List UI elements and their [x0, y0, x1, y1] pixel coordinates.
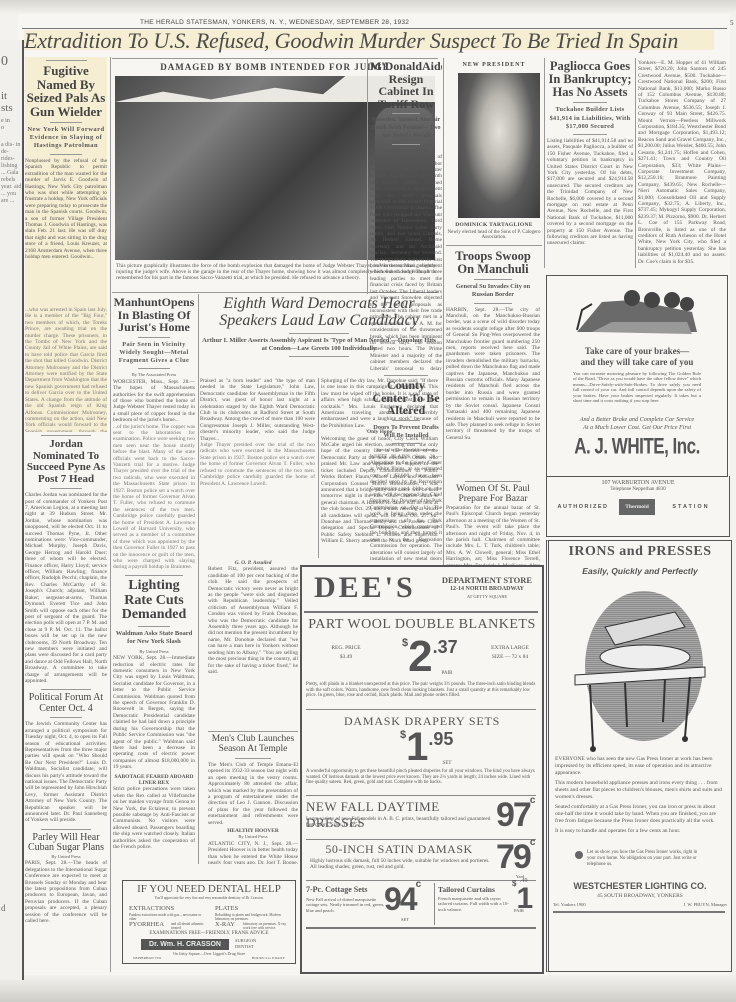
subhead: Tuckahoe Builder Lists $41,914 in Liabil… — [547, 106, 633, 131]
store-address: 12-14 NORTH BROADWAY — [432, 586, 542, 592]
extractions-desc: Painless extractions made with gas—novoc… — [129, 913, 209, 921]
ad-rule — [306, 709, 536, 710]
subhead: New York Will Forward Evidence in Slayin… — [25, 126, 107, 151]
ad-rule — [434, 883, 435, 925]
ad-headline: and they will take care of you — [551, 357, 723, 367]
ad-rule — [306, 927, 536, 929]
ad-address: 107 WARBURTON AVENUE — [547, 480, 729, 486]
article-body: LONDON, Sept. 28.—Three of the important… — [370, 154, 442, 370]
ad-dental-help[interactable]: IF YOU NEED DENTAL HELP You'll appreciat… — [122, 880, 296, 964]
price-big: 79 — [496, 838, 530, 876]
ad-paragraph: It is easy to handle and operates for a … — [555, 828, 725, 835]
strip-text: it — [0, 90, 22, 102]
price-cents: c — [416, 879, 422, 890]
ad-manager: J. W. PRUYN, Manager — [684, 902, 728, 907]
price-big: 94 — [384, 881, 416, 917]
pyorrhea-desc: and all dental ailments treated — [171, 922, 211, 930]
headline: Jordan Nominated To Succeed Pyne As Post… — [25, 439, 107, 485]
headline: M'DonaldAides Resign Cabinet In Tariff R… — [370, 60, 442, 110]
headline: ManhuntOpens In Blasting Of Jurist's Hom… — [113, 296, 195, 334]
article-body: The Men's Club of Temple Emanu-El opened… — [208, 762, 298, 826]
article-body: Nonplussed by the refusal of the Spanish… — [25, 158, 107, 261]
article-troops: Troops Swoop On Manchuli General Su Inva… — [446, 250, 540, 475]
article-pagliocca: Pagliocca Goes In Bankruptcy; Has No Ass… — [547, 60, 633, 270]
article-body: ATLANTIC CITY, N. J., Sept. 28.—Presiden… — [208, 841, 298, 864]
ad-paragraph: EVERYONE who has seen the new Gas Press … — [555, 756, 725, 777]
strip-text: d — [0, 905, 22, 912]
column-manhunt: ManhuntOpens In Blasting Of Jurist's Hom… — [113, 296, 195, 972]
item-desc: New Fall arrival of dotted marquisette c… — [306, 897, 384, 913]
ad-paragraph: Seated comfortably at a Gas Press Ironer… — [555, 804, 725, 825]
ad-dees-department-store[interactable]: DEE'S DEPARTMENT STORE 12-14 NORTH BROAD… — [300, 565, 544, 974]
extractions-label: EXTRACTIONS — [129, 905, 174, 912]
store-name: DEPARTMENT STORE — [432, 575, 542, 585]
ad-paragraph: This modern household appliance presses … — [555, 780, 725, 801]
ad-intro: You'll appreciate the very fine and very… — [153, 896, 265, 900]
bullet-icon — [575, 851, 583, 859]
ad-body: EVERYONE who has seen the new Gas Press … — [555, 756, 725, 838]
column-rule — [635, 58, 636, 268]
station-label: STATION — [661, 504, 721, 510]
dentist-phone: NEPPERHAN 7331 — [133, 956, 162, 960]
article-body: Praised as "a born leader" and "the type… — [200, 378, 315, 442]
article-body: Listing liabilities of $41,914.58 and no… — [547, 138, 633, 247]
item-title: Tailored Curtains — [438, 885, 518, 894]
president-portrait — [458, 73, 540, 218]
ad-tagline: At a Much Lower Cost. Get Our Price Firs… — [551, 424, 723, 431]
column-left-lower: Jordan Nominated To Succeed Pyne As Post… — [25, 432, 107, 972]
ad-tagline: And a Better Brake and Complete Car Serv… — [551, 416, 723, 423]
article-body: The Jewish Community Center has arranged… — [25, 721, 107, 824]
article-mcdonald: M'DonaldAides Resign Cabinet In Tariff R… — [370, 60, 442, 370]
article-body: Preparation for the annual bazar of St. … — [446, 505, 540, 566]
price-cents: .95 — [428, 729, 453, 749]
box-rule — [112, 58, 438, 59]
masthead: THE HERALD STATESMAN, YONKERS, N. Y., WE… — [140, 19, 409, 26]
ad-company: A. J. WHITE, Inc. — [551, 434, 723, 460]
price-big: 1 — [406, 725, 428, 769]
ad-phone: Telephone Nepperhan 4830 — [547, 487, 729, 492]
byline: Special to The Herald Statesman — [370, 447, 442, 453]
article-body: WHITE PLAINS, Sept. 28.—Alterations to t… — [370, 454, 442, 562]
scan-edge-top — [0, 0, 736, 14]
dees-logo: DEE'S — [314, 571, 416, 605]
ad-rule — [553, 911, 725, 913]
headline: Parley Will Hear Cuban Sugar Plans — [25, 833, 107, 854]
size: SIZE — 72 x 84 — [478, 654, 542, 660]
xray-label: X-RAY — [215, 921, 235, 928]
adjacent-page-strip: 0 it sts e in o a dis- in de- rides- lis… — [0, 40, 24, 980]
subhead: Doors To Prevent Drafts Will Be Installe… — [370, 424, 442, 440]
strip-text: e in — [0, 118, 22, 125]
strip-text: o — [0, 125, 22, 132]
item-desc: A wonderful opportunity to get these bea… — [306, 769, 536, 786]
subhead: General Su Invades City on Russian Borde… — [446, 283, 540, 299]
article-body: NEW YORK, Sept. 28.—Immediate reduction … — [113, 655, 195, 770]
dentist-name: Dr. Wm. H. CRASSON — [141, 939, 229, 950]
ad-body: You can increase motoring pleasure by fo… — [573, 371, 701, 403]
plates-label: PLATES — [215, 905, 238, 912]
item-desc: Large variety of new Fall models in A. B… — [306, 816, 492, 829]
price-unit: SET — [432, 761, 462, 766]
price-cottage: 94c — [384, 879, 434, 919]
authorized-label: AUTHORIZED — [553, 504, 613, 510]
press-ironer-illustration-icon — [585, 591, 703, 741]
ad-phone: Tel. Yonkers 1900 — [553, 902, 586, 907]
ad-callout: Let us show you how the Gas Press Ironer… — [587, 850, 699, 868]
article-body: Strict police precautions were taken whe… — [113, 786, 195, 850]
article-body: WORCESTER, Mass., Sept. 28.—The hopes of… — [113, 379, 195, 424]
headline: Pagliocca Goes In Bankruptcy; Has No Ass… — [547, 60, 633, 99]
reg-price-label: REG. PRICE — [316, 645, 376, 651]
price-cents: .37 — [433, 637, 458, 657]
ad-headline: IRONS and PRESSES — [549, 544, 731, 560]
item-desc: Pretty, soft plaids in a blanket unexpec… — [306, 682, 536, 699]
article-body: HARBIN, Sept. 28.—The city of Manchuli, … — [446, 307, 540, 442]
store-location: AT GETTY SQUARE — [432, 594, 542, 599]
headline: Troops Swoop On Manchuli — [446, 250, 540, 276]
article-county-center: County Center To Be Altered Doors To Pre… — [370, 372, 442, 562]
dentist-title: DENTIST — [235, 944, 254, 949]
headline: Fugitive Named By Seized Pals As Gun Wie… — [25, 64, 107, 119]
article-mens-club: Men's Club Launches Season At Temple The… — [208, 728, 298, 864]
column-rule — [110, 57, 111, 972]
price-unit: SET — [390, 917, 420, 922]
portrait-name: DOMINICK TARTAGLIONE — [446, 222, 542, 228]
column-rule — [443, 58, 444, 568]
ad-rule — [304, 611, 538, 613]
box-rule — [446, 245, 542, 246]
curtains-price-unit: PAIR — [514, 908, 524, 913]
price-cents: c — [530, 837, 536, 848]
headline: County Center To Be Altered — [370, 379, 442, 417]
dentist-title: SURGEON — [235, 938, 256, 943]
reg-price: $3.49 — [316, 654, 376, 660]
article-pagliocca-creditors: Yonkers—E. M. Hopper of 41 William Stree… — [638, 60, 726, 270]
price-unit: PAIR — [427, 671, 467, 676]
column-rule — [198, 294, 199, 864]
ad-aj-white[interactable]: Take care of your brakes— and they will … — [546, 275, 728, 477]
article-body: Charles Jordan was nominated for the pos… — [25, 492, 107, 684]
item-desc: French marquisette and silk rayon tailor… — [438, 896, 514, 912]
headline: Men's Club Launches Season At Temple — [208, 735, 298, 755]
article-fugitive: Fugitive Named By Seized Pals As Gun Wie… — [25, 57, 107, 307]
item-title: PART WOOL DOUBLE BLANKETS — [302, 617, 542, 633]
page-number: 5 — [730, 19, 734, 27]
subhead: Waldman Asks State Board for New York Sl… — [113, 630, 195, 647]
ad-address: 45 SOUTH BROADWAY, YONKERS — [549, 893, 731, 899]
strip-text: 0 — [0, 54, 22, 70]
ad-company: WESTCHESTER LIGHTING CO. — [549, 881, 731, 891]
article-body: PARIS, Sept. 28.—The heads of delegation… — [25, 860, 107, 924]
dentist-hours: HOURS: 9 to 8 DAILY — [252, 956, 285, 960]
scan-edge-bottom — [0, 975, 736, 1002]
price-cents: c — [530, 795, 536, 806]
item-title: 7-Pc. Cottage Sets — [306, 885, 386, 894]
article-body: Robert Fitz, president, assured the cand… — [208, 566, 298, 675]
article-body: Yonkers—E. M. Hopper of 41 William Stree… — [638, 60, 726, 265]
article-women-st-paul: Women Of St. Paul Prepare For Bazar Prep… — [446, 478, 540, 566]
price-big: 97 — [496, 796, 530, 834]
ad-headline: IF YOU NEED DENTAL HELP — [123, 883, 295, 895]
headline: Women Of St. Paul Prepare For Bazar — [446, 485, 540, 505]
xray-desc: laboratory on premises. X-ray work free … — [243, 922, 291, 930]
ad-aj-white-footer: 107 WARBURTON AVENUE Telephone Nepperhan… — [546, 476, 730, 537]
item-desc: Highly lustrous silk damask, full 50 inc… — [310, 858, 496, 871]
plates-desc: Rebuilding to plates and bridgework. Mod… — [215, 913, 291, 921]
price-curtains: $1 — [512, 879, 552, 919]
ad-irons-presses[interactable]: IRONS and PRESSES Easily, Quickly and Pe… — [546, 540, 732, 972]
subhead: Snowden, Samuel, Sinclair Break With Pre… — [370, 117, 442, 140]
article-fugitive-continued: ...who was arrested in Spain last July. … — [25, 307, 107, 432]
car-illustration-icon — [572, 282, 702, 344]
article-eighth-ward-gop: G. O. P. Assailed Robert Fitz, president… — [208, 560, 298, 730]
price-satin: 79c — [496, 837, 540, 877]
banner-headline: Extradition To U.S. Refused, Goodwin Mur… — [24, 30, 714, 50]
curtains-price-cents: .49 — [520, 878, 528, 884]
column-rule — [318, 378, 319, 558]
photo-box-title: NEW PRESIDENT — [446, 62, 542, 68]
price-dresses: 97c — [496, 795, 540, 835]
section-head: SABOTAGE FEARED ABOARD LINER REX — [113, 774, 195, 787]
subhead: Pair Seen in Vicinity Widely Sought—Meta… — [113, 341, 195, 366]
ad-headline: Take care of your brakes— — [551, 346, 723, 356]
item-title: 50-INCH SATIN DAMASK — [302, 842, 496, 857]
strip-text: sts — [0, 102, 22, 114]
column-rule — [544, 58, 545, 268]
headline: Lighting Rate Cuts Demanded — [113, 579, 195, 623]
thermoid-badge-icon: Thermoid — [619, 499, 655, 515]
pyorrhea-label: PYORRHEA — [129, 921, 164, 928]
exam-line: EXAMINATIONS FREE—FRIENDLY, FRANK ADVICE — [123, 931, 295, 936]
ad-subhead: Easily, Quickly and Perfectly — [549, 566, 731, 576]
portrait-caption: Newly elected head of the Sons of P. Cal… — [446, 230, 542, 240]
size-label: EXTRA LARGE — [478, 645, 542, 651]
column-rule — [367, 58, 368, 294]
headline: Political Forum At Center Oct. 4 — [25, 693, 107, 714]
